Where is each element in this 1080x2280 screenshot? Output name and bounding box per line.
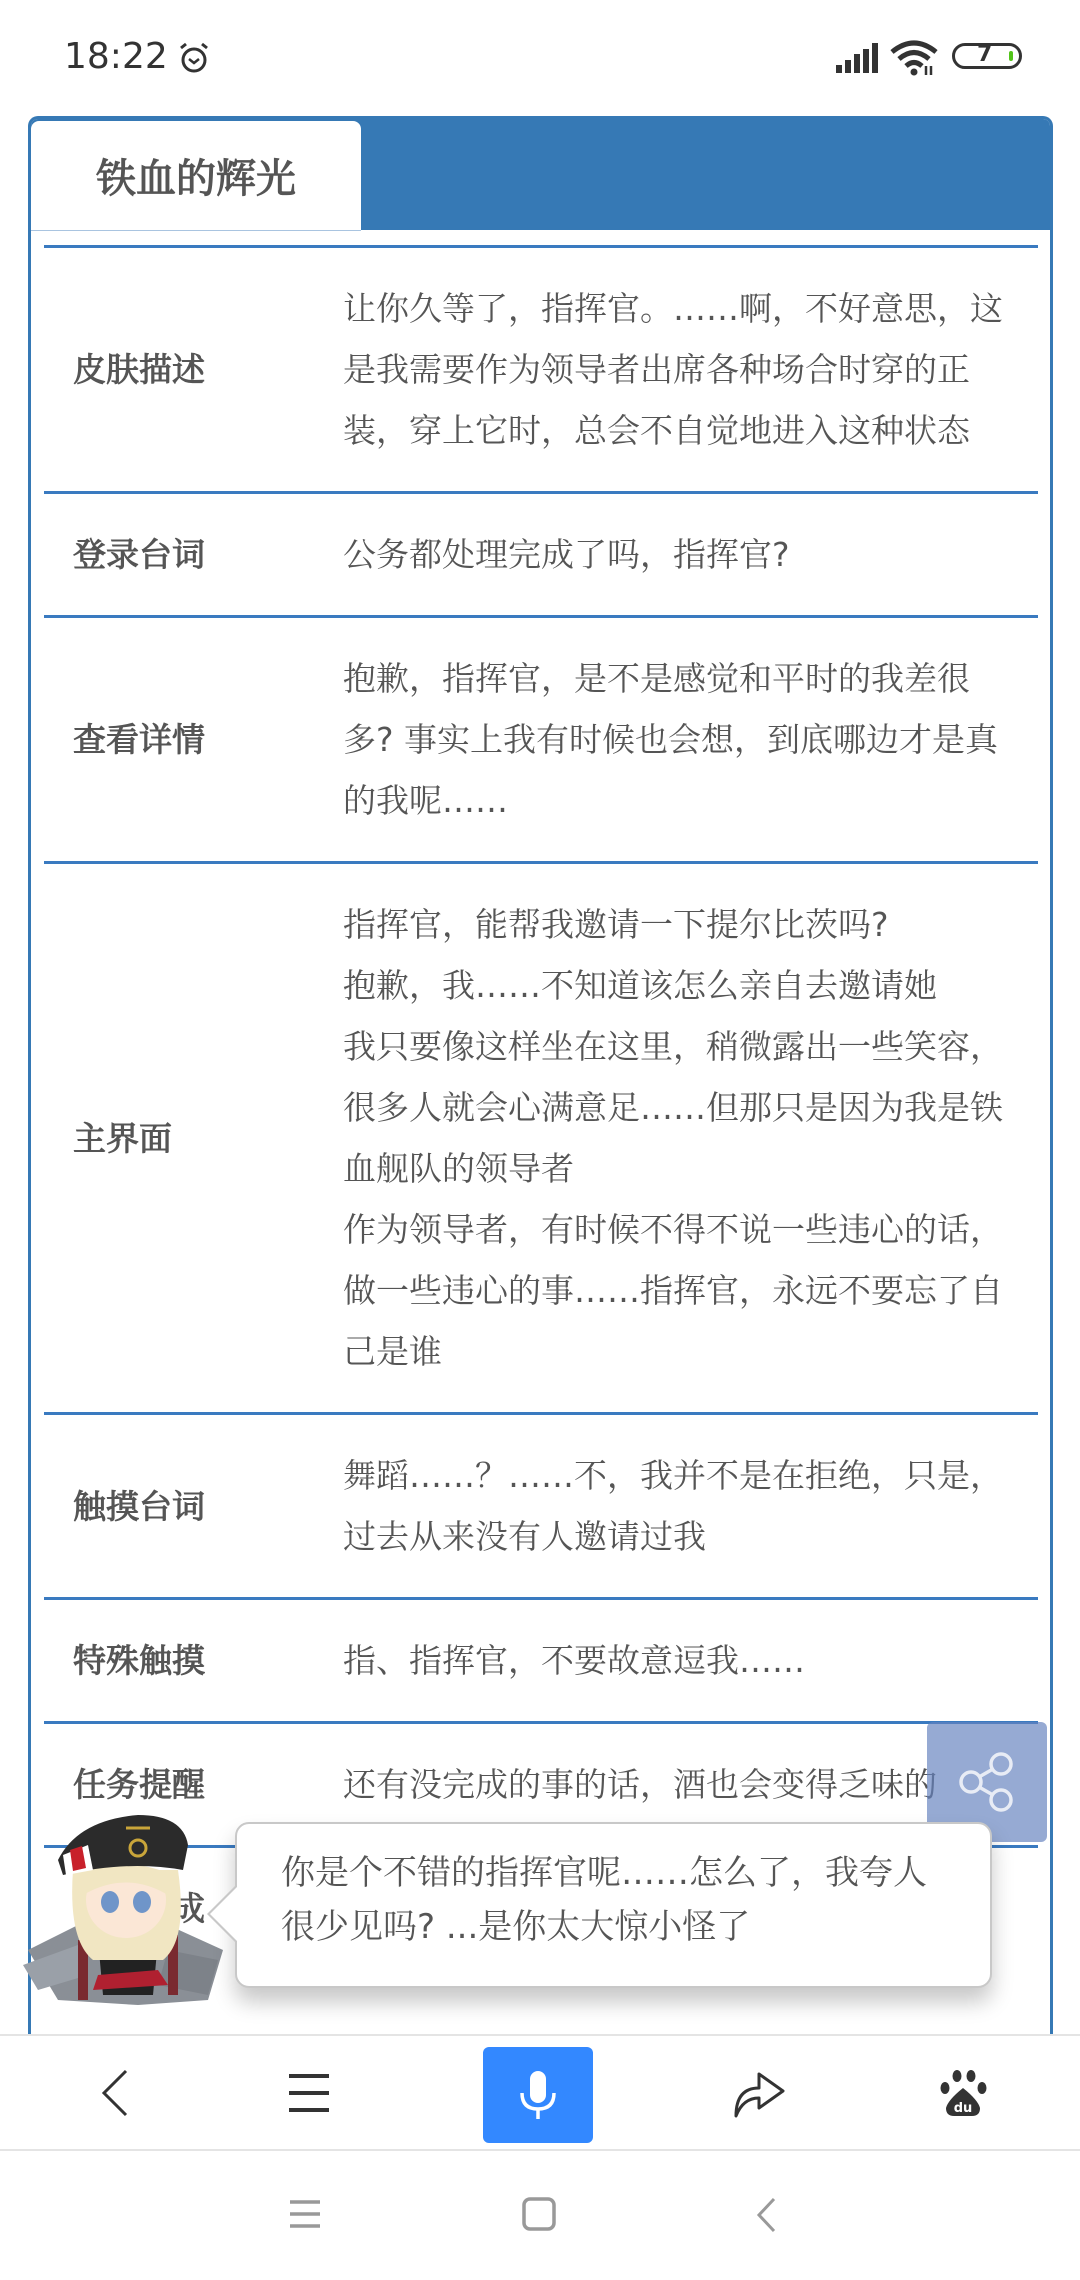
status-time: 18:22 <box>64 36 168 77</box>
skin-card: 铁血的辉光 皮肤描述 让你久等了，指挥官。……啊，不好意思，这是我需要作为领导者… <box>28 116 1053 2036</box>
speech-bubble-text: 你是个不错的指挥官呢……怎么了，我夸人很少见吗? ...是你太大惊小怪了 <box>281 1853 927 1947</box>
card-header: 铁血的辉光 <box>31 119 1050 230</box>
tab-skin-title[interactable]: 铁血的辉光 <box>31 121 361 231</box>
bubble-tail <box>207 1884 237 1944</box>
row-value: 让你久等了，指挥官。……啊，不好意思，这是我需要作为领导者出席各种场合时穿的正装… <box>313 248 1038 491</box>
row-label: 皮肤描述 <box>44 248 313 491</box>
back-icon <box>756 2197 778 2233</box>
alarm-clock-icon <box>176 40 212 76</box>
row-value: 指挥官，能帮我邀请一下提尔比茨吗? 抱歉，我……不知道该怎么亲自去邀请她 我只要… <box>313 864 1038 1412</box>
recent-apps-button[interactable] <box>288 2199 322 2233</box>
table-row: 触摸台词 舞蹈……？……不，我并不是在拒绝，只是，过去从来没有人邀请过我 <box>44 1412 1038 1597</box>
home-icon <box>522 2197 556 2231</box>
speech-bubble[interactable]: 你是个不错的指挥官呢……怎么了，我夸人很少见吗? ...是你太大惊小怪了 <box>235 1822 992 1988</box>
table-row: 皮肤描述 让你久等了，指挥官。……啊，不好意思，这是我需要作为领导者出席各种场合… <box>44 245 1038 491</box>
row-label: 触摸台词 <box>44 1415 313 1597</box>
table-row: 登录台词 公务都处理完成了吗，指挥官? <box>44 491 1038 615</box>
share-icon <box>955 1750 1019 1814</box>
row-label: 特殊触摸 <box>44 1600 313 1721</box>
row-label: 主界面 <box>44 864 313 1412</box>
battery-indicator: 7 <box>952 43 1022 69</box>
cellular-signal-icon <box>836 43 880 73</box>
baidu-home-button[interactable]: du <box>908 2036 1018 2149</box>
back-button[interactable] <box>60 2036 170 2149</box>
share-page-button[interactable] <box>705 2036 815 2149</box>
row-label: 登录台词 <box>44 494 313 615</box>
share-arrow-icon <box>733 2068 787 2118</box>
system-back-button[interactable] <box>756 2197 778 2237</box>
battery-level: 7 <box>977 42 992 67</box>
row-value: 指、指挥官，不要故意逗我…… <box>313 1600 1038 1721</box>
row-label: 查看详情 <box>44 618 313 861</box>
wifi-icon <box>890 40 942 76</box>
voice-lines-table: 皮肤描述 让你久等了，指挥官。……啊，不好意思，这是我需要作为领导者出席各种场合… <box>44 245 1038 1969</box>
voice-search-button[interactable] <box>483 2047 593 2143</box>
chibi-character-avatar[interactable] <box>18 1800 233 2010</box>
back-chevron-icon <box>100 2068 130 2118</box>
system-navigation-bar <box>0 2151 1080 2280</box>
svg-text:du: du <box>954 2101 973 2116</box>
status-bar: 18:22 7 <box>0 0 1080 116</box>
menu-icon <box>287 2073 331 2113</box>
baidu-paw-icon: du <box>938 2068 988 2118</box>
table-row: 主界面 指挥官，能帮我邀请一下提尔比茨吗? 抱歉，我……不知道该怎么亲自去邀请她… <box>44 861 1038 1412</box>
row-value: 舞蹈……？……不，我并不是在拒绝，只是，过去从来没有人邀请过我 <box>313 1415 1038 1597</box>
table-row: 特殊触摸 指、指挥官，不要故意逗我…… <box>44 1597 1038 1721</box>
browser-toolbar: du <box>0 2034 1080 2151</box>
home-button[interactable] <box>522 2197 556 2235</box>
row-value: 公务都处理完成了吗，指挥官? <box>313 494 1038 615</box>
row-value: 抱歉，指挥官，是不是感觉和平时的我差很多? 事实上我有时候也会想，到底哪边才是真… <box>313 618 1038 861</box>
microphone-icon <box>518 2069 558 2121</box>
menu-button[interactable] <box>254 2036 364 2149</box>
table-row: 查看详情 抱歉，指挥官，是不是感觉和平时的我差很多? 事实上我有时候也会想，到底… <box>44 615 1038 861</box>
recent-apps-icon <box>288 2199 322 2229</box>
battery-charge-dot <box>1009 51 1013 61</box>
